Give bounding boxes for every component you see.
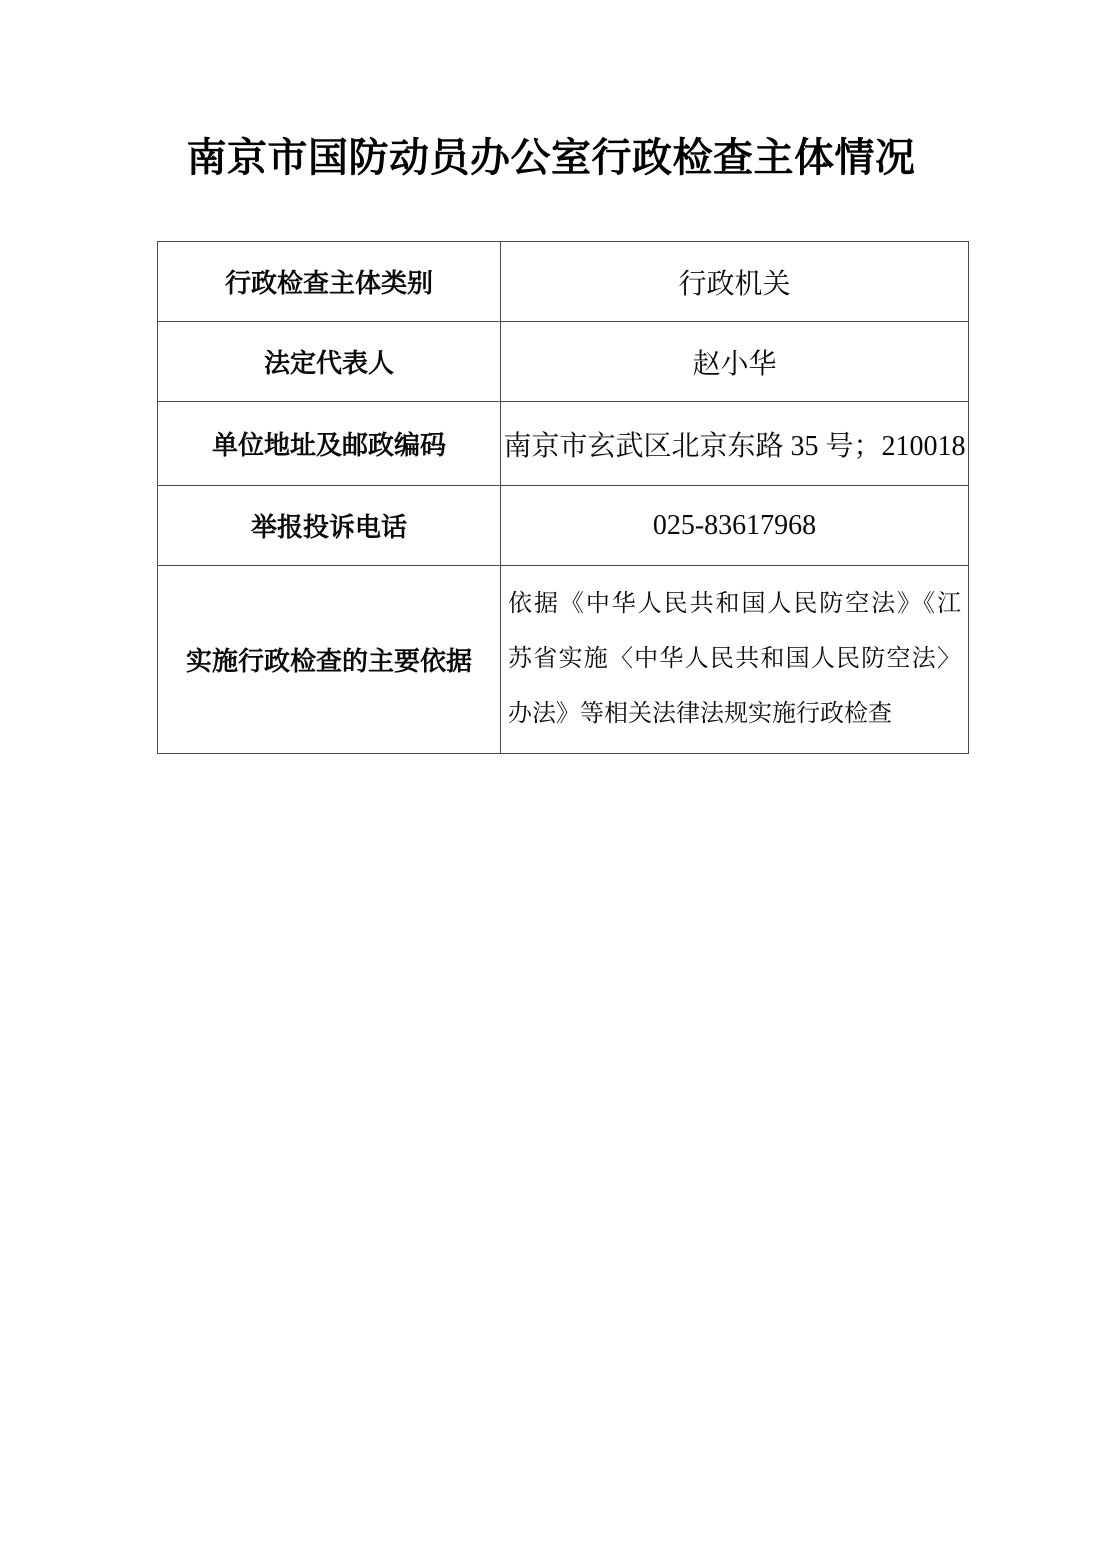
page-title: 南京市国防动员办公室行政检查主体情况 bbox=[0, 134, 1102, 182]
complaint-phone-label: 举报投诉电话 bbox=[158, 486, 501, 566]
subject-category-label: 行政检查主体类别 bbox=[158, 242, 501, 322]
inspection-basis-line-3: 办法》等相关法律法规实施行政检查 bbox=[508, 687, 961, 742]
inspection-basis-line-2: 苏省实施〈中华人民共和国人民防空法〉 bbox=[508, 632, 961, 687]
address-postcode-label: 单位地址及邮政编码 bbox=[158, 402, 501, 486]
legal-representative-label: 法定代表人 bbox=[158, 322, 501, 402]
address-postcode-value: 南京市玄武区北京东路 35 号；210018 bbox=[501, 402, 969, 486]
document-page: 南京市国防动员办公室行政检查主体情况 行政检查主体类别 行政机关 法定代表人 赵… bbox=[0, 0, 1102, 1559]
complaint-phone-value: 025-83617968 bbox=[501, 486, 969, 566]
subject-info-table: 行政检查主体类别 行政机关 法定代表人 赵小华 单位地址及邮政编码 南京市玄武区… bbox=[157, 241, 969, 754]
table-row-subject-category: 行政检查主体类别 行政机关 bbox=[158, 242, 969, 322]
table-row-complaint-phone: 举报投诉电话 025-83617968 bbox=[158, 486, 969, 566]
subject-category-value: 行政机关 bbox=[501, 242, 969, 322]
table-row-inspection-basis: 实施行政检查的主要依据 依据《中华人民共和国人民防空法》《江 苏省实施〈中华人民… bbox=[158, 566, 969, 754]
table-row-address-postcode: 单位地址及邮政编码 南京市玄武区北京东路 35 号；210018 bbox=[158, 402, 969, 486]
legal-representative-value: 赵小华 bbox=[501, 322, 969, 402]
table-row-legal-representative: 法定代表人 赵小华 bbox=[158, 322, 969, 402]
inspection-basis-label: 实施行政检查的主要依据 bbox=[158, 566, 501, 754]
inspection-basis-line-1: 依据《中华人民共和国人民防空法》《江 bbox=[508, 577, 961, 632]
inspection-basis-value: 依据《中华人民共和国人民防空法》《江 苏省实施〈中华人民共和国人民防空法〉 办法… bbox=[501, 566, 969, 754]
